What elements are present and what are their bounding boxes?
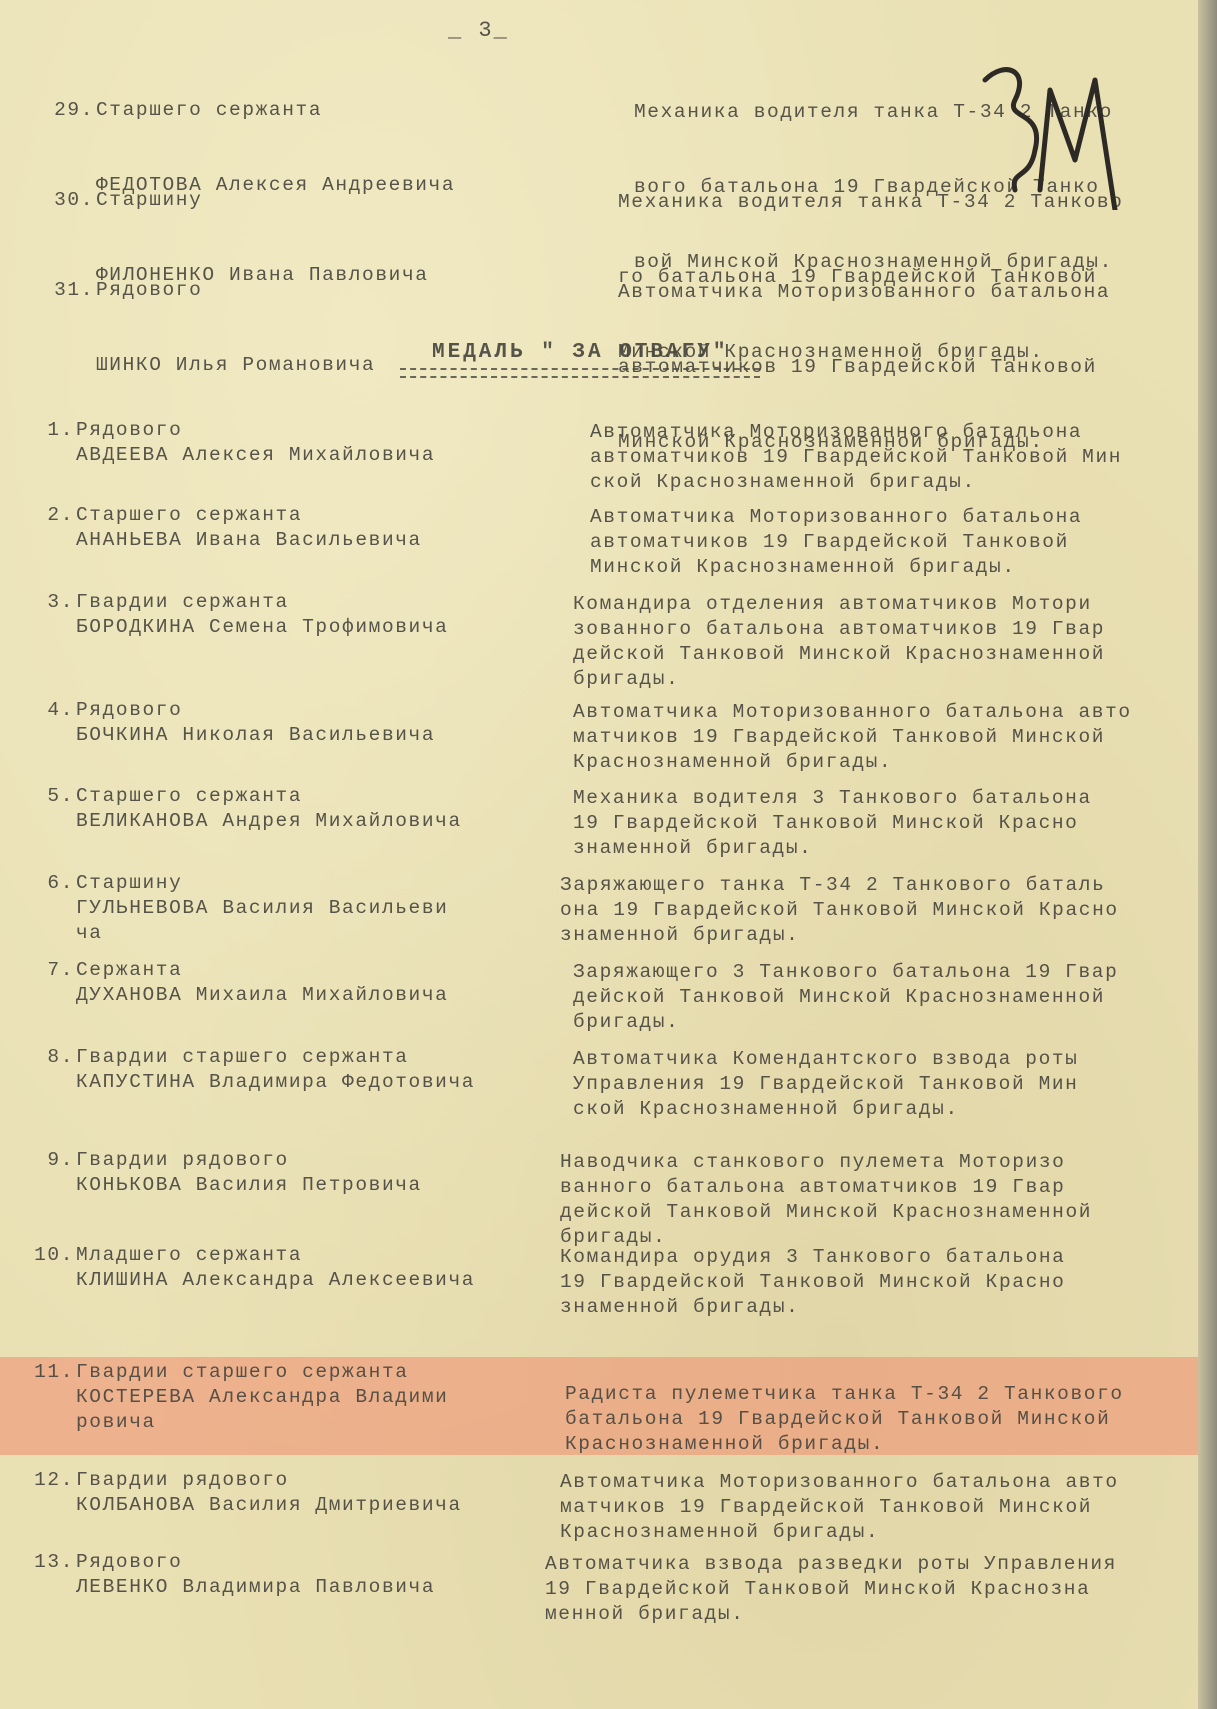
medal-entry-left: 4.РядовогоБОЧКИНА Николая Васильевича	[30, 698, 435, 748]
position-line: матчиков 19 Гвардейской Танковой Минской	[573, 725, 1132, 750]
medal-entry-position: Автоматчика Комендантского взвода ротыУп…	[573, 1047, 1078, 1122]
medal-entry-position: Механика водителя 3 Танкового батальона1…	[573, 786, 1092, 861]
position-line: знаменной бригады.	[560, 1295, 1065, 1320]
medal-section-title: МЕДАЛЬ " ЗА ОТВАГУ"	[432, 340, 728, 365]
position-line: Заряжающего танка Т-34 2 Танкового батал…	[560, 873, 1119, 898]
entry-rank: Рядового	[76, 1551, 182, 1573]
medal-entry-left: 9.Гвардии рядовогоКОНЬКОВА Василия Петро…	[30, 1148, 422, 1198]
position-line: ской Краснознаменной бригады.	[573, 1097, 1078, 1122]
medal-entry-position: Командира отделения автоматчиков Моториз…	[573, 592, 1105, 692]
medal-entry-position: Автоматчика Моторизованного батальона ав…	[573, 700, 1132, 775]
medal-entry-position: Заряжающего 3 Танкового батальона 19 Гва…	[573, 960, 1118, 1035]
title-underline-divider	[400, 368, 760, 378]
entry-name: КЛИШИНА Александра Алексеевича	[30, 1268, 475, 1293]
entry-rank: Рядового	[76, 699, 182, 721]
entry-number: 1.	[30, 418, 74, 443]
entry-rank: Старшего сержанта	[76, 785, 302, 807]
medal-entry-left: 13.РядовогоЛЕВЕНКО Владимира Павловича	[30, 1550, 435, 1600]
handwritten-signature-icon	[955, 40, 1155, 210]
position-line: Командира отделения автоматчиков Мотори	[573, 592, 1105, 617]
entry-name-continuation: ча	[30, 921, 448, 946]
medal-entry-position: Автоматчика Моторизованного батальона ав…	[560, 1470, 1119, 1545]
entry-number: 2.	[30, 503, 74, 528]
position-line: она 19 Гвардейской Танковой Минской Крас…	[560, 898, 1119, 923]
medal-entry-position: Автоматчика Моторизованного батальонаавт…	[590, 505, 1082, 580]
medal-entry-left: 12.Гвардии рядовогоКОЛБАНОВА Василия Дми…	[30, 1468, 462, 1518]
position-line: Автоматчика Моторизованного батальона ав…	[560, 1470, 1119, 1495]
position-line: Автоматчика Моторизованного батальона ав…	[573, 700, 1132, 725]
entry-rank: Гвардии старшего сержанта	[76, 1361, 409, 1383]
entry-rank: Старшего сержанта	[96, 99, 322, 121]
position-line: дейской Танковой Минской Краснознаменной	[573, 642, 1105, 667]
entry-number: 9.	[30, 1148, 74, 1173]
position-line: дейской Танковой Минской Краснознаменной	[560, 1200, 1092, 1225]
medal-entry-position: Командира орудия 3 Танкового батальона19…	[560, 1245, 1065, 1320]
entry-number: 11.	[30, 1360, 74, 1385]
position-line: Автоматчика Моторизованного батальона	[590, 505, 1082, 530]
entry-name: КАПУСТИНА Владимира Федотовича	[30, 1070, 475, 1095]
position-line: Радиста пулеметчика танка Т-34 2 Танково…	[565, 1382, 1124, 1407]
medal-entry-position: Заряжающего танка Т-34 2 Танкового батал…	[560, 873, 1119, 948]
position-line: знаменной бригады.	[560, 923, 1119, 948]
position-line: Краснознаменной бригады.	[573, 750, 1132, 775]
position-line: дейской Танковой Минской Краснознаменной	[573, 985, 1118, 1010]
entry-number: 10.	[30, 1243, 74, 1268]
position-line: ской Краснознаменной бригады.	[590, 470, 1122, 495]
position-line: Автоматчика взвода разведки роты Управле…	[545, 1552, 1117, 1577]
position-line: Наводчика станкового пулемета Моторизо	[560, 1150, 1092, 1175]
entry-number: 4.	[30, 698, 74, 723]
entry-rank: Гвардии сержанта	[76, 591, 289, 613]
entry-name: АВДЕЕВА Алексея Михайловича	[30, 443, 435, 468]
entry-name: КОЛБАНОВА Василия Дмитриевича	[30, 1493, 462, 1518]
position-line: Автоматчика Комендантского взвода роты	[573, 1047, 1078, 1072]
entry-rank: Старшего сержанта	[76, 504, 302, 526]
position-line: зованного батальона автоматчиков 19 Гвар	[573, 617, 1105, 642]
medal-entry-left: 7.СержантаДУХАНОВА Михаила Михайловича	[30, 958, 448, 1008]
entry-name: ШИНКО Илья Романовича	[50, 353, 375, 378]
entry-name: ЛЕВЕНКО Владимира Павловича	[30, 1575, 435, 1600]
medal-entry-left: 11.Гвардии старшего сержантаКОСТЕРЕВА Ал…	[30, 1360, 448, 1435]
entry-rank: Старшину	[96, 189, 202, 211]
entry-name: АНАНЬЕВА Ивана Васильевича	[30, 528, 422, 553]
entry-number: 13.	[30, 1550, 74, 1575]
medal-entry-left: 2.Старшего сержантаАНАНЬЕВА Ивана Василь…	[30, 503, 422, 553]
entry-name: КОСТЕРЕВА Александра Владими	[30, 1385, 448, 1410]
medal-entry-position: Автоматчика Моторизованного батальонаавт…	[590, 420, 1122, 495]
entry-rank: Рядового	[76, 419, 182, 441]
medal-entry-left: 10.Младшего сержантаКЛИШИНА Александра А…	[30, 1243, 475, 1293]
position-line: 19 Гвардейской Танковой Минской Красно	[560, 1270, 1065, 1295]
entry-number: 3.	[30, 590, 74, 615]
entry-name-continuation: ровича	[30, 1410, 448, 1435]
position-line: Управления 19 Гвардейской Танковой Мин	[573, 1072, 1078, 1097]
position-line: знаменной бригады.	[573, 836, 1092, 861]
entry-name: БОЧКИНА Николая Васильевича	[30, 723, 435, 748]
medal-entry-left: 8.Гвардии старшего сержантаКАПУСТИНА Вла…	[30, 1045, 475, 1095]
entry-name: ГУЛЬНЕВОВА Василия Васильеви	[30, 896, 448, 921]
medal-entry-position: Автоматчика взвода разведки роты Управле…	[545, 1552, 1117, 1627]
entry-number: 8.	[30, 1045, 74, 1070]
position-line: 19 Гвардейской Танковой Минской Красно	[573, 811, 1092, 836]
entry-rank: Сержанта	[76, 959, 182, 981]
page-number: _ 3_	[448, 18, 509, 43]
position-line: Командира орудия 3 Танкового батальона	[560, 1245, 1065, 1270]
position-line: 19 Гвардейской Танковой Минской Краснозн…	[545, 1577, 1117, 1602]
medal-entry-position: Наводчика станкового пулемета Моторизова…	[560, 1150, 1092, 1250]
medal-entry-left: 1.РядовогоАВДЕЕВА Алексея Михайловича	[30, 418, 435, 468]
entry-number: 7.	[30, 958, 74, 983]
entry-number: 12.	[30, 1468, 74, 1493]
page-edge-shadow	[1198, 0, 1217, 1709]
position-line: матчиков 19 Гвардейской Танковой Минской	[560, 1495, 1119, 1520]
medal-entry-position: Радиста пулеметчика танка Т-34 2 Танково…	[565, 1382, 1124, 1457]
position-line: менной бригады.	[545, 1602, 1117, 1627]
entry-rank: Гвардии старшего сержанта	[76, 1046, 409, 1068]
position-line: Заряжающего 3 Танкового батальона 19 Гва…	[573, 960, 1118, 985]
position-line: Краснознаменной бригады.	[565, 1432, 1124, 1457]
entry-rank: Старшину	[76, 872, 182, 894]
position-line: Механика водителя 3 Танкового батальона	[573, 786, 1092, 811]
entry-name: БОРОДКИНА Семена Трофимовича	[30, 615, 448, 640]
entry-name: ДУХАНОВА Михаила Михайловича	[30, 983, 448, 1008]
entry-left-31: 31.Рядового ШИНКО Илья Романовича	[50, 228, 375, 428]
position-line: батальона 19 Гвардейской Танковой Минско…	[565, 1407, 1124, 1432]
position-line: Минской Краснознаменной бригады.	[590, 555, 1082, 580]
medal-entry-left: 6.СтаршинуГУЛЬНЕВОВА Василия Васильевича	[30, 871, 448, 946]
entry-name: КОНЬКОВА Василия Петровича	[30, 1173, 422, 1198]
entry-rank: Рядового	[96, 279, 202, 301]
position-line: Автоматчика Моторизованного батальона	[590, 420, 1122, 445]
entry-number: 6.	[30, 871, 74, 896]
entry-rank: Гвардии рядового	[76, 1149, 289, 1171]
medal-entry-left: 5.Старшего сержантаВЕЛИКАНОВА Андрея Мих…	[30, 784, 462, 834]
position-line: Краснознаменной бригады.	[560, 1520, 1119, 1545]
position-line: ванного батальона автоматчиков 19 Гвар	[560, 1175, 1092, 1200]
medal-entry-left: 3.Гвардии сержантаБОРОДКИНА Семена Трофи…	[30, 590, 448, 640]
entry-rank: Гвардии рядового	[76, 1469, 289, 1491]
position-line: автоматчиков 19 Гвардейской Танковой	[590, 530, 1082, 555]
position-line: бригады.	[573, 1010, 1118, 1035]
entry-rank: Младшего сержанта	[76, 1244, 302, 1266]
position-line: бригады.	[573, 667, 1105, 692]
position-line: автоматчиков 19 Гвардейской Танковой Мин	[590, 445, 1122, 470]
entry-number: 5.	[30, 784, 74, 809]
entry-name: ВЕЛИКАНОВА Андрея Михайловича	[30, 809, 462, 834]
